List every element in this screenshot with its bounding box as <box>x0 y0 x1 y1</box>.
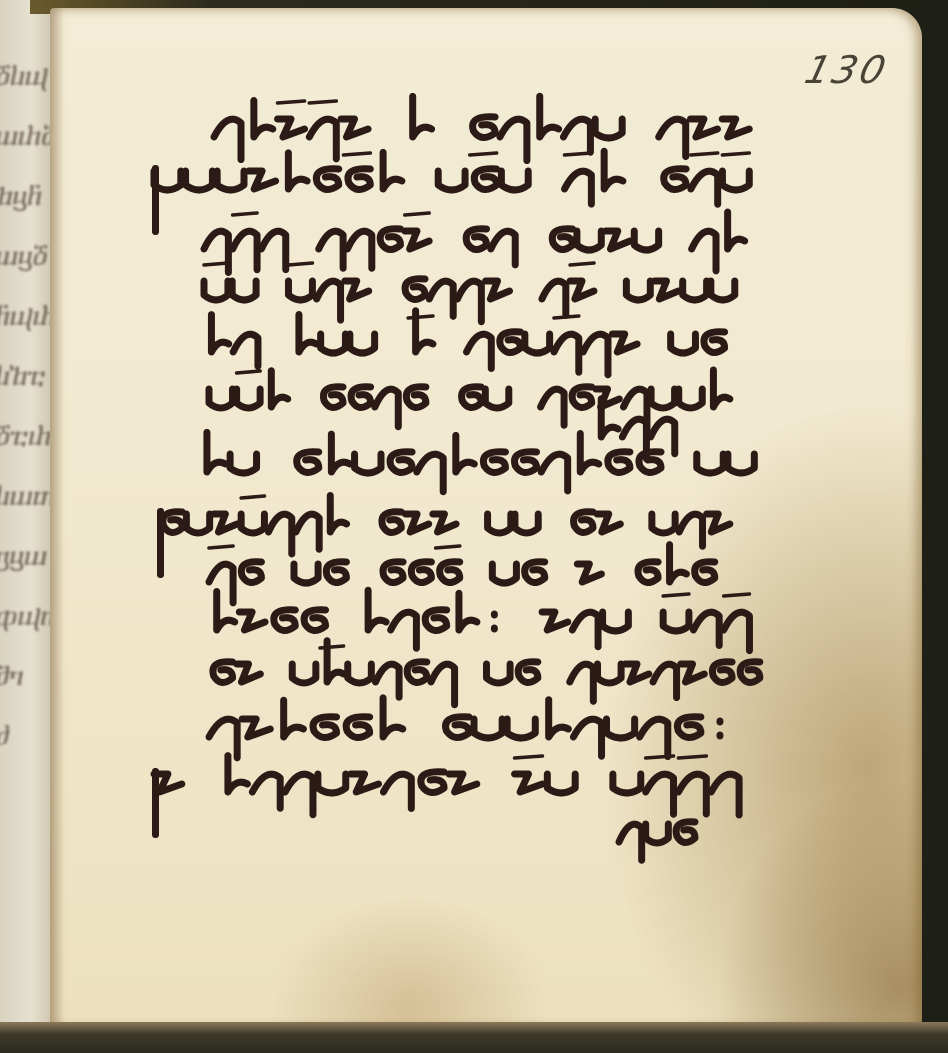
facing-page-text-line: ⴑⴆⴀ <box>0 362 50 384</box>
manuscript-line: ⴗⴡ ⴋⴃⴁ ⴍⴐⴁⴃ ⴗⴃ ⴇⴗⴁⴃ <box>200 265 735 305</box>
facing-page-fragment: ⴃⴑⴓⴍⴐⴋⴡⴆⴁⴌⴍⴁⴃⴌⴓⴐⴑⴆⴀⴃⴀⴐⴑⴍⴇⴂⴁⴍⴔⴓⴊⴋⴈⴛ <box>0 0 52 1040</box>
facing-page-text-line: ⴂⴁⴍ <box>0 542 50 564</box>
manuscript-line: ⴃⴍⴂⴍⴀ ⴁ ⴂⴚⴋⴈⴁ ⴐⴃⴡ <box>210 103 750 143</box>
manuscript-line: ⴓⴃ ⴋⴈⴀ ⴐ ⴈⴔⴋⴡⴈⴁ ⴂⴚ <box>200 318 725 358</box>
ink-strokes <box>205 703 735 763</box>
gutter-shadow <box>50 8 64 1028</box>
manuscript-line: ⴃⴁⴃ ⴐⴇⴍⴁ ⴋⴃ ⴈⴂⴐⴋ ⴓⴈ <box>200 215 745 255</box>
ink-strokes <box>150 155 750 215</box>
initial-letter-stroke <box>157 508 164 578</box>
ink-strokes <box>205 596 750 656</box>
manuscript-line: ⴂⴈⴀⴗⴂⴡⴃ ⴋⴃⴁ ⴋⴃ ⴋⴃ ⴁⴃⴐ <box>155 498 730 538</box>
manuscript-line: ⴗⴂⴡ <box>615 808 695 848</box>
facing-page-text-line: ⴃⴑⴓ <box>0 62 50 84</box>
manuscript-line: ⴊⴀⴈⴅⴑⴈⴡⴃ ⴐⴍⴋ ⴂⴚ ⴋⴃⴋ <box>150 155 750 195</box>
manuscript-line: ⴇⴍ ⴋⴃ ⴍⴔⴃ ⴐⴍ ⴓ ⴐⴃⴓ <box>205 548 715 588</box>
facing-page-text-line: ⴆⴁⴌ <box>0 182 50 204</box>
facing-page-text-line: ⴌⴓⴐ <box>0 302 50 324</box>
manuscript-line: ⴁⴃⴀ <box>590 403 675 443</box>
initial-letter-stroke <box>152 165 159 235</box>
facing-page-text-line: ⴋⴈ <box>0 662 50 684</box>
facing-page-text-line: ⴑⴍⴇ <box>0 482 50 504</box>
manuscript-leaf: 130 ⴃⴍⴂⴍⴀ ⴁ ⴂⴚⴋⴈⴁ ⴐⴃⴡⴊⴀⴈⴅⴑⴈⴡⴃ ⴐⴍⴋ ⴂⴚ ⴋⴃⴋ… <box>50 8 922 1028</box>
manuscript-line: ⴗⴡⴁⴃ ⴇⴀⴁⴀ: ⴍⴔⴃ ⴋⴃⴁ <box>205 596 750 636</box>
ink-strokes <box>200 318 725 378</box>
manuscript-line: ⴂⴡ ⴗⴓⴇⴀⴇⴃⴀⴂⴚⴁⴓⴇ ⴐⴍ <box>195 438 755 478</box>
folio-number: 130 <box>801 48 894 92</box>
facing-page-text-line: ⴍⴁⴃ <box>0 242 50 264</box>
initial-letter-stroke <box>152 768 159 838</box>
manuscript-line: ⴀⴗⴄⴇⴀⴗ ⴃⴓⴃⴋⴈⴐⴍⴀ: <box>205 703 735 743</box>
manuscript-line: ⴁⴡ ⴀⴗⴓⴂⴐⴍ ⴇⴃ ⴋⴂⴐⴃⴓⴋⴈ <box>205 648 760 688</box>
binding-bottom-edge <box>0 1022 948 1053</box>
ink-strokes <box>195 438 755 498</box>
ink-strokes <box>200 265 735 325</box>
facing-page-text-line: ⴔⴓⴊ <box>0 602 50 624</box>
facing-page-text-line: ⴛ <box>0 722 50 744</box>
facing-page-text-line: ⴃⴀⴐ <box>0 422 50 444</box>
facing-page-text-line: ⴍⴐⴋⴡ <box>0 122 50 144</box>
ink-strokes <box>615 808 695 868</box>
manuscript-line: ⴌ ⴗⴓⴐⴡⴐⴍⴋⴡ ⴋⴃ ⴐⴗⴂⴡ <box>150 758 740 798</box>
ink-strokes <box>205 648 760 708</box>
